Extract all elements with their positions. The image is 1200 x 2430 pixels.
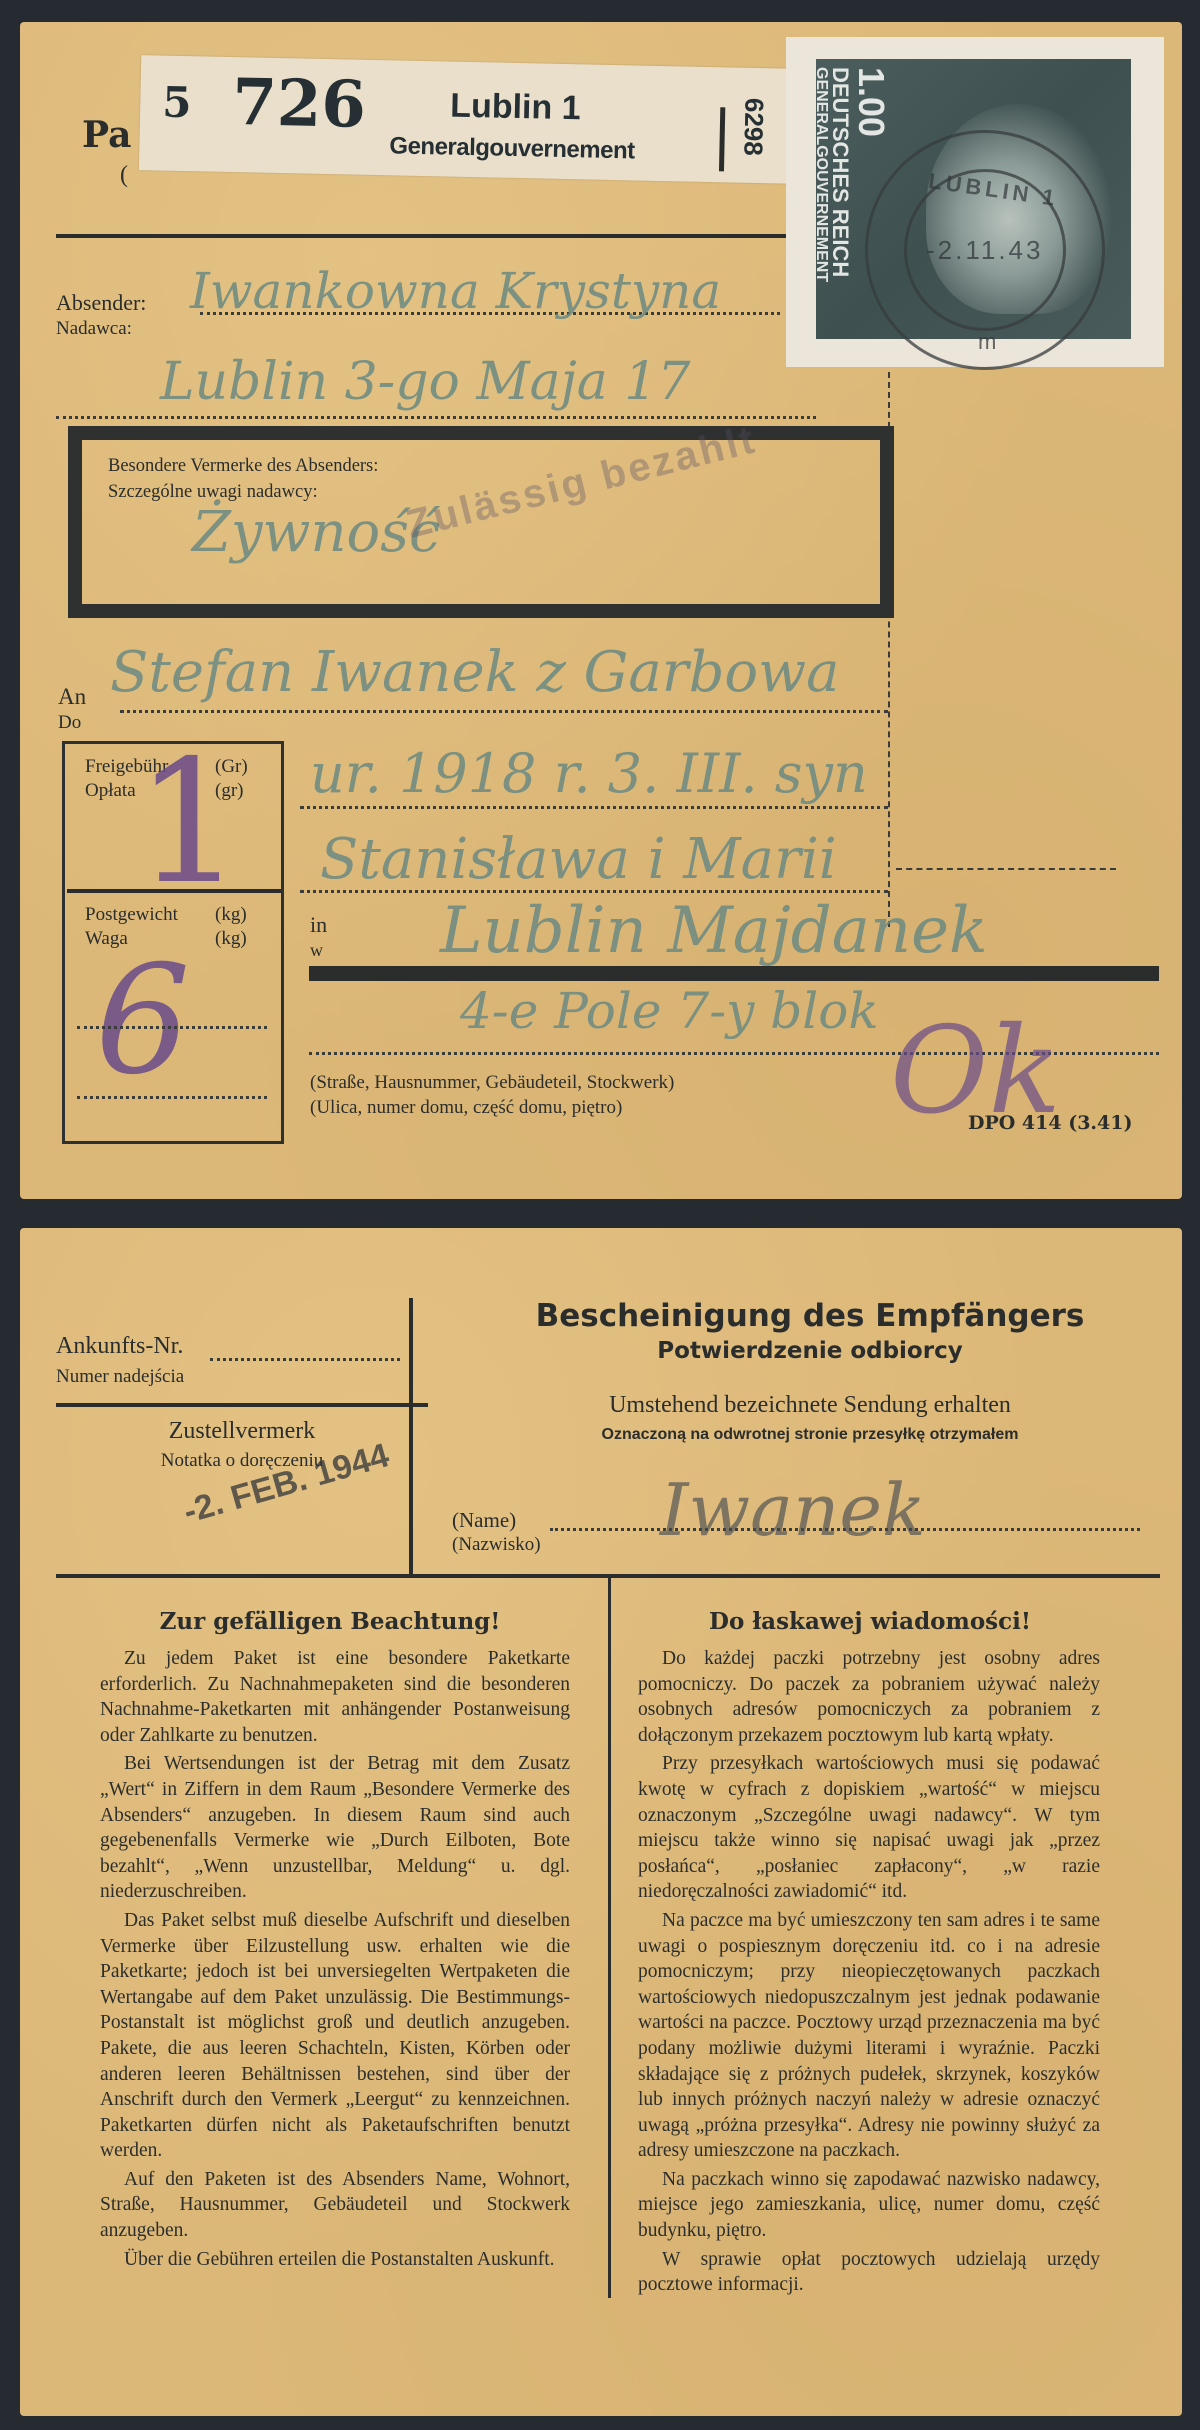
postmark-date: -2.11.43 [926,235,1043,266]
sender-label-pl: Nadawca: [56,318,132,340]
arrival-label-de: Ankunfts-Nr. [56,1333,183,1360]
arrival-number-line [210,1358,400,1361]
sender-handwriting-line2: Lublin 3-go Maja 17 [160,352,690,412]
city-label-de: in [310,912,327,938]
parcel-card-front: Pa ( 5 726 Lublin 1 Generalgouvernement … [20,22,1182,1199]
stamp-text-line1: DEUTSCHES REICH [829,67,852,331]
weight-line-1 [77,1026,267,1029]
postmark: LUBLIN 1 -2.11.43 m [865,130,1105,370]
recipient-line-1 [120,710,888,713]
form-title-partial: Pa [82,114,131,156]
notice-de-paragraph: Über die Gebühren erteilen die Postansta… [100,2247,570,2273]
label-office: Lublin 1 [450,87,581,129]
weight-value-handwriting: 6 [95,934,190,1108]
notice-pl-paragraph: Na paczkach winno się zapodawać nazwisko… [638,2167,1100,2244]
fee-label-pl: Opłata [85,780,136,802]
sender-label-de: Absender: [56,290,146,316]
recipient-label-de: An [58,684,86,710]
weight-unit-pl: (kg) [215,928,247,950]
sender-line-2 [56,416,816,419]
weight-unit-de: (kg) [215,904,247,926]
city-thick-rule [309,966,1159,981]
receipt-statement-de: Umstehend bezeichnete Sendung erhalten [450,1392,1170,1419]
notice-pl-title: Do łaskawej wiadomości! [620,1608,1120,1635]
label-side-number: 6298 [737,98,769,156]
notice-de-paragraph: Auf den Paketen ist des Absenders Name, … [100,2167,570,2244]
name-label-pl: (Nazwisko) [452,1534,541,1556]
street-handwriting: 4-e Pole 7-y blok [460,982,879,1040]
notice-pl-paragraph: W sprawie opłat pocztowych udzielają urz… [638,2247,1100,2298]
street-hint-de: (Straße, Hausnummer, Gebäudeteil, Stockw… [310,1072,674,1094]
form-code: DPO 414 (3.41) [968,1112,1132,1134]
sender-handwriting-line1: Iwankowna Krystyna [190,262,721,320]
arrival-divider [56,1403,428,1407]
weight-label-de: Postgewicht [85,904,178,926]
notice-de-paragraph: Bei Wertsendungen ist der Betrag mit dem… [100,1751,570,1905]
recipient-handwriting-line2: ur. 1918 r. 3. III. syn [310,742,868,805]
street-hint-pl: (Ulica, numer domu, część domu, piętro) [310,1097,622,1119]
notice-de-title: Zur gefälligen Beachtung! [80,1608,580,1635]
columns-divider [608,1578,611,2298]
fee-weight-box: Freigebühr (Gr) Opłata (gr) 1 Postgewich… [62,741,284,1144]
form-title-paren: ( [120,162,128,189]
stamp-text-line2: GENERALGOUVERNEMENT [812,67,829,331]
arrival-label-pl: Numer nadejścia [56,1366,184,1388]
stamp-area-dash-horizontal [896,868,1116,870]
remarks-label-de: Besondere Vermerke des Absenders: [108,456,378,477]
receipt-title-de: Bescheinigung des Empfängers [450,1298,1170,1334]
recipient-handwriting-line1: Stefan Iwanek z Garbowa [110,640,839,705]
sender-remarks-box: Besondere Vermerke des Absenders: Szczeg… [68,426,894,618]
recipient-label-pl: Do [58,712,81,734]
label-divider [719,107,725,171]
receipt-title-pl: Potwierdzenie odbiorcy [450,1338,1170,1364]
fee-box-divider [67,889,281,893]
top-rule [56,234,816,238]
parcel-number-label: 5 726 Lublin 1 Generalgouvernement 6298 [139,55,801,184]
notice-pl-paragraph: Do każdej paczki potrzebny jest osobny a… [638,1646,1100,1748]
notice-pl-paragraph: Na paczce ma być umieszczony ten sam adr… [638,1908,1100,2164]
header-vertical-divider [409,1298,413,1576]
label-number: 726 [232,65,367,143]
parcel-card-back: Ankunfts-Nr. Numer nadejścia Zustellverm… [20,1228,1182,2416]
notice-de-paragraph: Zu jedem Paket ist eine besondere Paketk… [100,1646,570,1748]
weight-line-2 [77,1096,267,1099]
city-label-pl: w [310,940,323,961]
notice-de-paragraph: Das Paket selbst muß dieselbe Aufschrift… [100,1908,570,2164]
recipient-signature: Iwanek [660,1468,926,1552]
receipt-statement-pl: Oznaczoną na odwrotnej stronie przesyłkę… [450,1426,1170,1444]
recipient-handwriting-line3: Stanisława i Marii [320,827,837,892]
label-region: Generalgouvernement [389,132,635,165]
postmark-letter: m [978,329,996,355]
city-handwriting: Lublin Majdanek [440,894,988,968]
violet-handstamp: Zulässig bezahlt [402,417,761,548]
notice-pl-paragraph: Przy przesyłkach wartościowych musi się … [638,1751,1100,1905]
label-prefix-digit: 5 [162,78,192,128]
notice-de-body: Zu jedem Paket ist eine besondere Paketk… [100,1646,570,2275]
notice-pl-body: Do każdej paczki potrzebny jest osobny a… [638,1646,1100,2301]
name-label-de: (Name) [452,1508,516,1533]
recipient-line-2 [300,806,888,809]
